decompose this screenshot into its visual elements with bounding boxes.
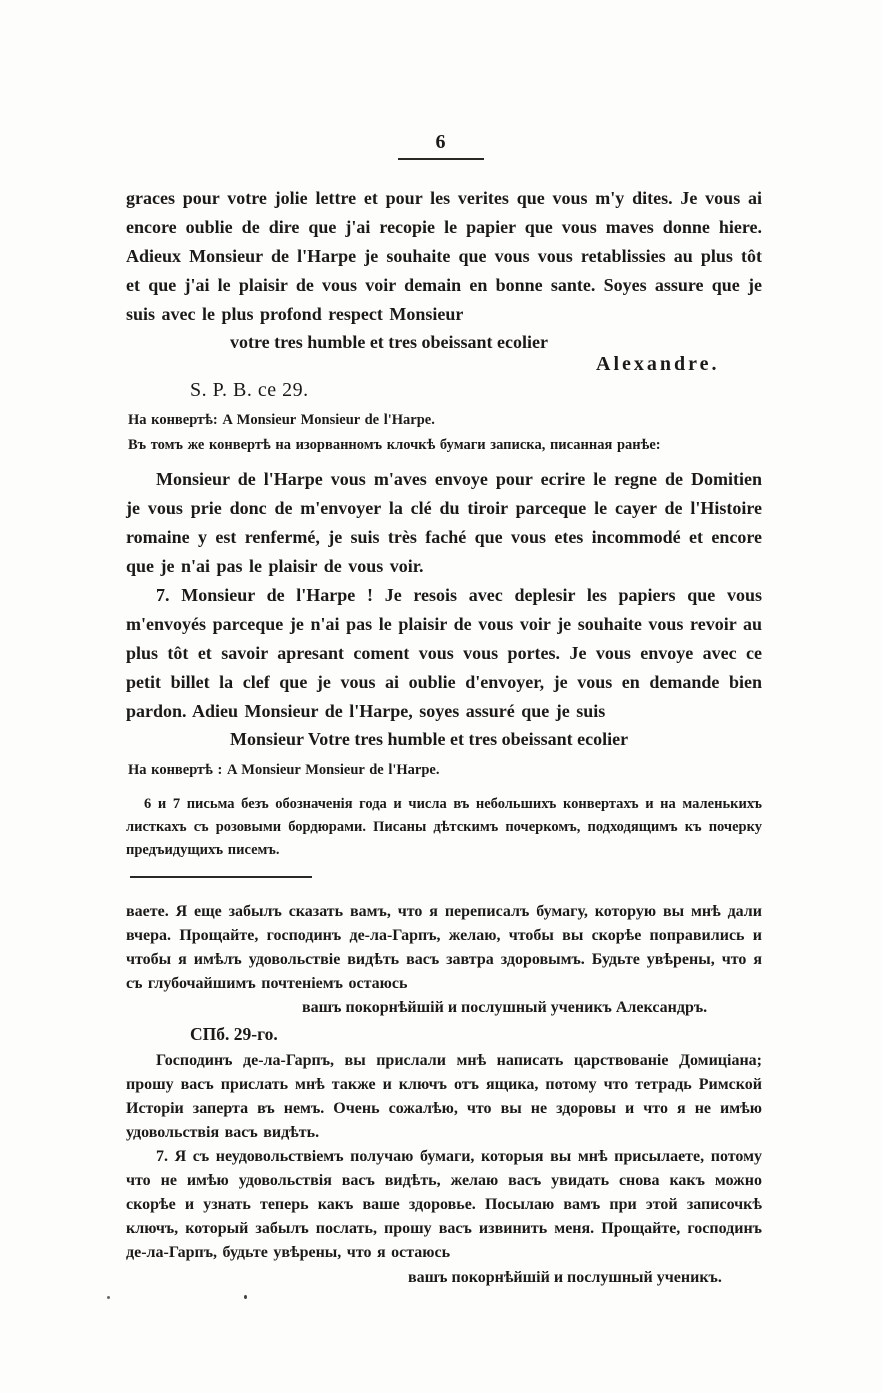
letter7-russian-signature: вашъ покорнѣйшій и послушный ученикъ. — [408, 1266, 762, 1290]
russian-translation-section: ваете. Я еще забылъ сказать вамъ, что я … — [126, 900, 762, 1290]
letter7-valediction: Monsieur Votre tres humble et tres obeis… — [230, 728, 762, 750]
editorial-footnote: 6 и 7 письма безъ обозначенія года и чис… — [126, 793, 762, 862]
letter6-envelope-note: На конвертѣ: A Monsieur Monsieur de l'Ha… — [128, 409, 762, 431]
page-header: 6 — [0, 0, 882, 160]
letter6-valediction: votre tres humble et tres obeissant ecol… — [230, 331, 762, 353]
section-divider-rule — [130, 876, 312, 878]
letter6-russian-enclosure: Господинъ де-ла-Гарпъ, вы прислали мнѣ н… — [126, 1049, 762, 1145]
letter7-french-body: 7. Monsieur de l'Harpe ! Je resois avec … — [126, 581, 762, 726]
french-letters-section: graces pour votre jolie lettre et pour l… — [126, 184, 762, 862]
text-column: graces pour votre jolie lettre et pour l… — [126, 184, 762, 1290]
scan-speck — [107, 1296, 110, 1299]
letter6-enclosure-note: Въ томъ же конвертѣ на изорванномъ клочк… — [128, 434, 762, 456]
letter6-russian-signature: вашъ покорнѣйшій и послушный ученикъ Але… — [302, 996, 762, 1020]
letter7-envelope-note: На конвертѣ : A Monsieur Monsieur de l'H… — [128, 759, 762, 781]
page-number-rule — [398, 158, 484, 160]
letter7-russian-body: 7. Я съ неудовольствіемъ получаю бумаги,… — [126, 1145, 762, 1265]
letter6-russian-dateline: СПб. 29-го. — [190, 1022, 762, 1047]
page-number: 6 — [0, 131, 882, 153]
letter6-russian-body: ваете. Я еще забылъ сказать вамъ, что я … — [126, 900, 762, 996]
letter6-signature: Alexandre. — [596, 353, 762, 376]
letter6-french-body: graces pour votre jolie lettre et pour l… — [126, 184, 762, 329]
scanned-book-page: 6 graces pour votre jolie lettre et pour… — [0, 0, 882, 1393]
letter6-dateline: S. P. B. ce 29. — [190, 378, 762, 402]
letter6-enclosure-text: Monsieur de l'Harpe vous m'aves envoye p… — [126, 465, 762, 581]
scan-speck — [244, 1295, 247, 1299]
